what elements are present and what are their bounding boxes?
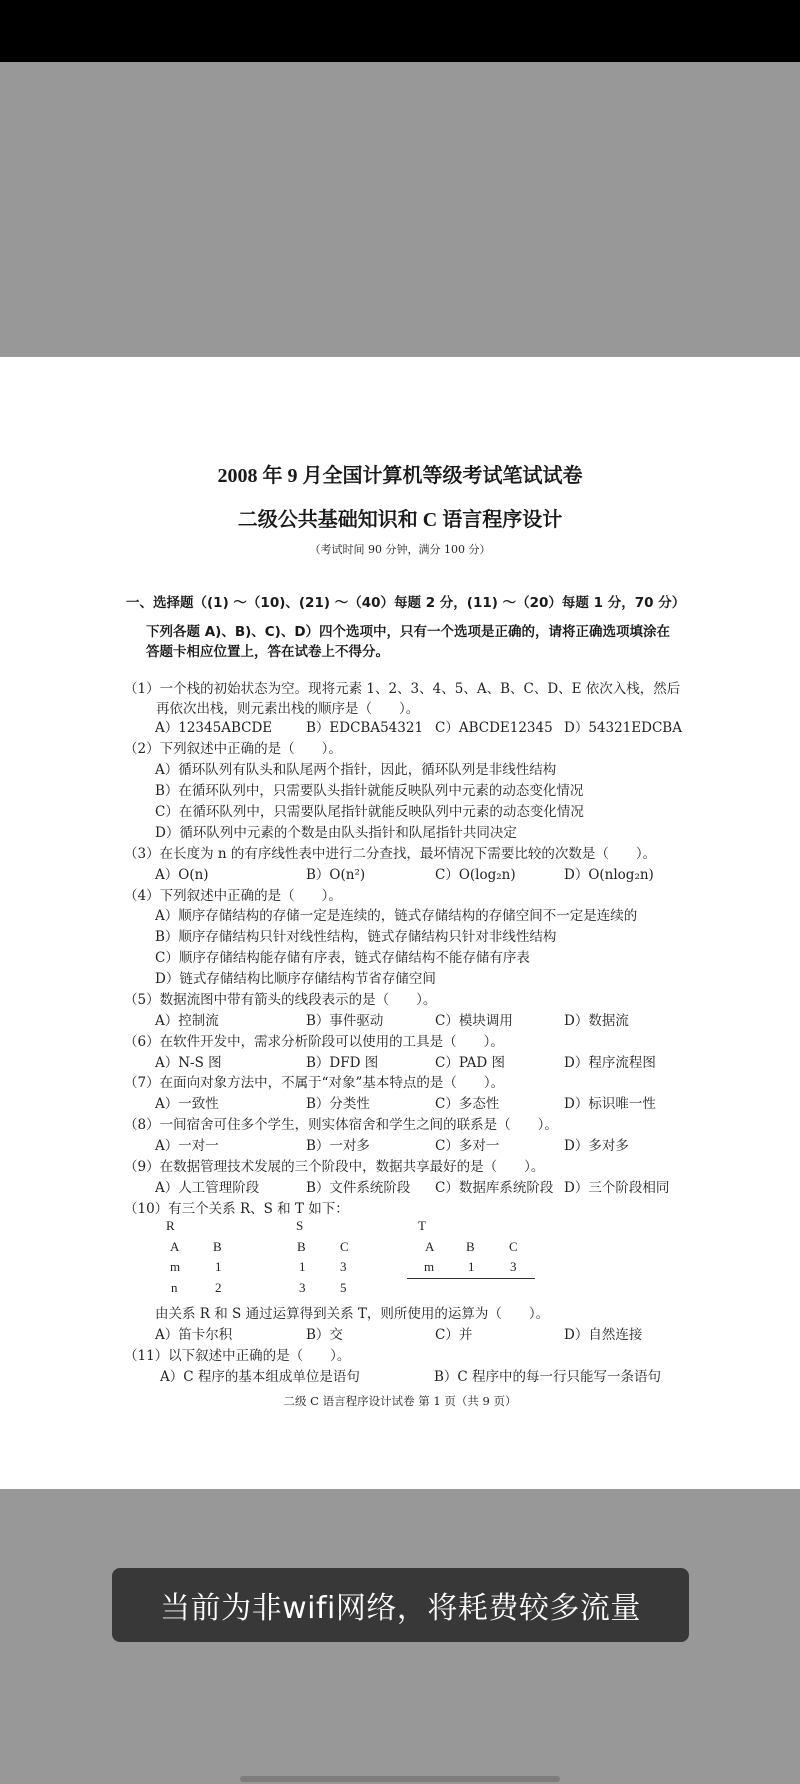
relation-s-header-b: B: [297, 1239, 306, 1255]
question-2: （2）下列叙述中正确的是（ ）。: [124, 737, 342, 757]
q10-option-b: B）交: [306, 1323, 343, 1343]
section-header: 一、选择题（(1) ～（10)、(21) ～（40）每题 2 分，(11) ～（…: [126, 591, 685, 611]
q9-option-a: A）人工管理阶段: [155, 1176, 259, 1196]
viewer-backdrop-top: [0, 62, 800, 357]
doc-subtitle: 二级公共基础知识和 C 语言程序设计: [0, 503, 800, 532]
relation-t-name: T: [418, 1218, 426, 1234]
question-9: （9）在数据管理技术发展的三个阶段中，数据共享最好的是（ ）。: [124, 1155, 544, 1175]
q9-option-b: B）文件系统阶段: [306, 1176, 410, 1196]
page-footer: 二级 C 语言程序设计试卷 第 1 页（共 9 页）: [0, 1393, 800, 1409]
q5-option-b: B）事件驱动: [306, 1009, 383, 1029]
q9-option-c: C）数据库系统阶段: [435, 1176, 553, 1196]
q8-option-b: B）一对多: [306, 1134, 370, 1154]
q2-option-b: B）在循环队列中，只需要队头指针就能反映队列中元素的动态变化情况: [155, 779, 583, 799]
q8-option-d: D）多对多: [564, 1134, 629, 1154]
relation-t-header-c: C: [509, 1239, 518, 1255]
q3-option-d: D）O(nlog₂n): [564, 863, 654, 883]
relation-r-cell: m: [170, 1259, 180, 1275]
question-3: （3）在长度为 n 的有序线性表中进行二分查找，最坏情况下需要比较的次数是（ ）…: [124, 842, 656, 862]
status-bar: [0, 0, 800, 62]
relation-s-cell: 3: [299, 1280, 306, 1296]
relation-r-cell: 1: [215, 1259, 222, 1275]
q1-option-d: D）54321EDCBA: [564, 716, 682, 736]
q2-option-c: C）在循环队列中，只需要队尾指针就能反映队列中元素的动态变化情况: [155, 800, 584, 820]
relation-r-header-b: B: [213, 1239, 222, 1255]
q6-option-a: A）N-S 图: [155, 1051, 222, 1071]
relation-t-underline: [407, 1278, 535, 1279]
question-7: （7）在面向对象方法中，不属于“对象”基本特点的是（ ）。: [124, 1071, 504, 1091]
q5-option-d: D）数据流: [564, 1009, 629, 1029]
q4-option-d: D）链式存储结构比顺序存储结构节省存储空间: [155, 967, 436, 987]
instructions-line-2: 答题卡相应位置上，答在试卷上不得分。: [146, 640, 389, 660]
q8-option-c: C）多对一: [435, 1134, 499, 1154]
q4-option-a: A）顺序存储结构的存储一定是连续的，链式存储结构的存储空间不一定是连续的: [155, 904, 637, 924]
question-6: （6）在软件开发中，需求分析阶段可以使用的工具是（ ）。: [124, 1030, 504, 1050]
relation-r-cell: 2: [215, 1280, 222, 1296]
relation-t-cell: m: [424, 1259, 434, 1275]
question-11: （11）以下叙述中正确的是（ ）。: [124, 1344, 350, 1364]
q8-option-a: A）一对一: [155, 1134, 219, 1154]
q6-option-d: D）程序流程图: [564, 1051, 656, 1071]
q6-option-c: C）PAD 图: [435, 1051, 505, 1071]
question-1-cont: 再依次出栈，则元素出栈的顺序是（ ）。: [156, 697, 419, 717]
q4-option-b: B）顺序存储结构只针对线性结构，链式存储结构只针对非线性结构: [155, 925, 556, 945]
doc-title: 2008 年 9 月全国计算机等级考试笔试试卷: [0, 459, 800, 488]
q7-option-a: A）一致性: [155, 1092, 219, 1112]
doc-note: （考试时间 90 分钟，满分 100 分）: [0, 541, 800, 557]
question-4: （4）下列叙述中正确的是（ ）。: [124, 884, 342, 904]
q11-option-b: B）C 程序中的每一行只能写一条语句: [434, 1365, 661, 1385]
q7-option-b: B）分类性: [306, 1092, 370, 1112]
question-8: （8）一间宿舍可住多个学生，则实体宿舍和学生之间的联系是（ ）。: [124, 1113, 558, 1133]
question-10: （10）有三个关系 R、S 和 T 如下：: [124, 1197, 349, 1217]
q3-option-a: A）O(n): [155, 863, 209, 883]
q3-option-b: B）O(n²): [306, 863, 365, 883]
q5-option-a: A）控制流: [155, 1009, 219, 1029]
q1-option-b: B）EDCBA54321: [306, 716, 423, 736]
relation-r-name: R: [166, 1218, 175, 1234]
question-10-prompt: 由关系 R 和 S 通过运算得到关系 T，则所使用的运算为（ ）。: [155, 1302, 549, 1322]
q10-option-d: D）自然连接: [564, 1323, 642, 1343]
relation-s-header-c: C: [340, 1239, 349, 1255]
relation-s-cell: 1: [299, 1259, 306, 1275]
instructions-line-1: 下列各题 A)、B)、C)、D）四个选项中，只有一个选项是正确的，请将正确选项填…: [146, 620, 670, 640]
q5-option-c: C）模块调用: [435, 1009, 513, 1029]
q9-option-d: D）三个阶段相同: [564, 1176, 669, 1196]
q3-option-c: C）O(log₂n): [435, 863, 516, 883]
relation-s-cell: 3: [340, 1259, 347, 1275]
relation-r-cell: n: [171, 1280, 178, 1296]
relation-t-header-a: A: [425, 1239, 434, 1255]
q6-option-b: B）DFD 图: [306, 1051, 378, 1071]
q7-option-c: C）多态性: [435, 1092, 499, 1112]
toast-message: 当前为非wifi网络，将耗费较多流量: [160, 1583, 641, 1627]
q10-option-c: C）并: [435, 1323, 472, 1343]
relation-r-header-a: A: [170, 1239, 179, 1255]
q1-option-c: C）ABCDE12345: [435, 716, 553, 736]
q7-option-d: D）标识唯一性: [564, 1092, 656, 1112]
relation-s-cell: 5: [340, 1280, 347, 1296]
relation-t-cell: 1: [468, 1259, 475, 1275]
question-5: （5）数据流图中带有箭头的线段表示的是（ ）。: [124, 988, 436, 1008]
home-indicator[interactable]: [240, 1776, 560, 1782]
q11-option-a: A）C 程序的基本组成单位是语句: [160, 1365, 360, 1385]
relation-t-header-b: B: [466, 1239, 475, 1255]
relation-s-name: S: [296, 1218, 303, 1234]
question-1: （1）一个栈的初始状态为空。现将元素 1、2、3、4、5、A、B、C、D、E 依…: [124, 677, 680, 697]
q2-option-a: A）循环队列有队头和队尾两个指针，因此，循环队列是非线性结构: [155, 758, 556, 778]
q1-option-a: A）12345ABCDE: [155, 716, 272, 736]
relation-t-cell: 3: [510, 1259, 517, 1275]
network-warning-toast: 当前为非wifi网络，将耗费较多流量: [112, 1568, 689, 1642]
q2-option-d: D）循环队列中元素的个数是由队头指针和队尾指针共同决定: [155, 821, 517, 841]
q10-option-a: A）笛卡尔积: [155, 1323, 232, 1343]
q4-option-c: C）顺序存储结构能存储有序表，链式存储结构不能存储有序表: [155, 946, 530, 966]
